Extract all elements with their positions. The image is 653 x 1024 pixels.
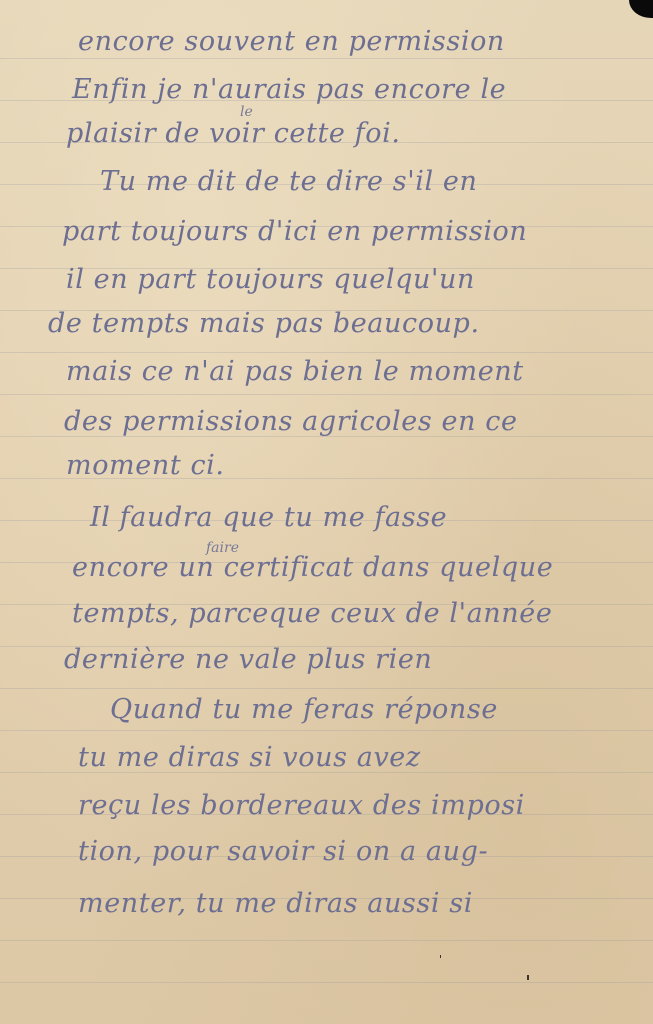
handwritten-line: Tu me dit de te dire s'il en xyxy=(100,168,477,195)
handwritten-line: menter, tu me diras aussi si xyxy=(78,890,473,917)
ruled-line xyxy=(0,982,653,983)
handwritten-line: tempts, parceque ceux de l'année xyxy=(72,600,552,627)
handwritten-line: de tempts mais pas beaucoup. xyxy=(48,310,480,337)
handwritten-line: encore souvent en permission xyxy=(78,28,505,55)
paper-speck xyxy=(440,955,441,958)
ruled-line xyxy=(0,730,653,731)
ruled-line xyxy=(0,352,653,353)
handwritten-line: part toujours d'ici en permission xyxy=(62,218,527,245)
handwritten-line: Quand tu me feras réponse xyxy=(110,696,498,723)
handwritten-line: reçu les bordereaux des imposi xyxy=(78,792,525,819)
interlinear-insertion: le xyxy=(240,104,253,120)
handwritten-line: Enfin je n'aurais pas encore le xyxy=(72,76,506,103)
handwritten-line: des permissions agricoles en ce xyxy=(64,408,518,435)
ruled-line xyxy=(0,940,653,941)
interlinear-insertion: faire xyxy=(206,540,239,556)
handwritten-line: plaisir de voir cette foi. xyxy=(66,120,401,147)
handwritten-line: encore un certificat dans quelque xyxy=(72,554,553,581)
handwritten-line: mais ce n'ai pas bien le moment xyxy=(66,358,524,385)
ruled-line xyxy=(0,688,653,689)
page-corner-shadow xyxy=(629,0,653,18)
handwritten-line: Il faudra que tu me fasse xyxy=(90,504,447,531)
handwritten-line: il en part toujours quelqu'un xyxy=(66,266,475,293)
handwritten-line: dernière ne vale plus rien xyxy=(64,646,432,673)
ruled-line xyxy=(0,58,653,59)
handwritten-line: moment ci. xyxy=(66,452,225,479)
handwritten-line: tu me diras si vous avez xyxy=(78,744,421,771)
ruled-line xyxy=(0,394,653,395)
paper-speck xyxy=(527,975,529,980)
handwritten-line: tion, pour savoir si on a aug- xyxy=(78,838,488,865)
letter-page: encore souvent en permissionEnfin je n'a… xyxy=(0,0,653,1024)
